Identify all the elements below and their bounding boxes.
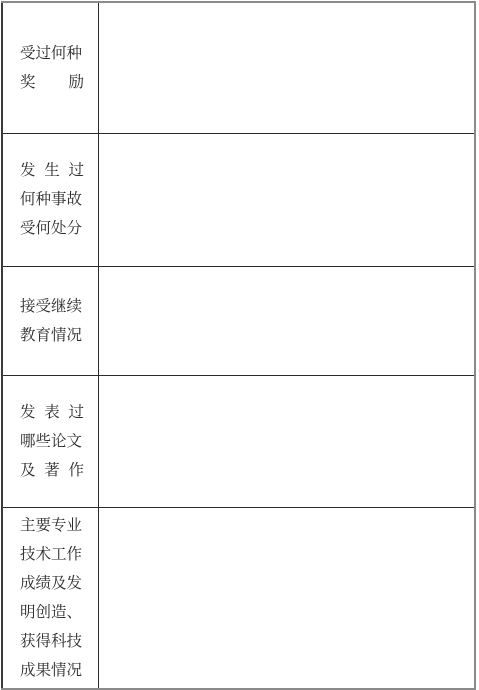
- continuing-education-label: 接受继续 教育情况: [20, 292, 84, 350]
- label-line: 教育情况: [20, 321, 84, 350]
- label-line: 何种事故: [20, 185, 84, 214]
- label-line: 及著作: [20, 456, 84, 485]
- awards-value-field[interactable]: [98, 2, 475, 133]
- awards-label: 受过何种 奖励: [20, 39, 84, 97]
- label-char: 作: [68, 456, 84, 485]
- publications-label-cell: 发表过 哪些论文 及著作: [2, 375, 98, 507]
- label-char: 表: [44, 398, 60, 427]
- label-line: 接受继续: [20, 292, 84, 321]
- achievements-label: 主要专业 技术工作 成绩及发 明创造、 获得科技 成果情况: [20, 511, 84, 685]
- accidents-penalties-value-field[interactable]: [98, 133, 475, 266]
- achievements-value-field[interactable]: [98, 507, 475, 689]
- label-line: 获得科技: [20, 627, 84, 656]
- form-row-publications: 发表过 哪些论文 及著作: [2, 375, 475, 507]
- label-line: 明创造、: [20, 598, 84, 627]
- label-char: 生: [44, 156, 60, 185]
- label-char: 励: [68, 68, 84, 97]
- publications-label: 发表过 哪些论文 及著作: [20, 398, 84, 485]
- continuing-education-label-cell: 接受继续 教育情况: [2, 266, 98, 375]
- continuing-education-value-field[interactable]: [98, 266, 475, 375]
- form-row-continuing-education: 接受继续 教育情况: [2, 266, 475, 375]
- label-char: 过: [68, 156, 84, 185]
- label-char: 发: [20, 398, 36, 427]
- label-line: 奖励: [20, 68, 84, 97]
- label-line: 发生过: [20, 156, 84, 185]
- publications-value-field[interactable]: [98, 375, 475, 507]
- label-line: 发表过: [20, 398, 84, 427]
- label-line: 受过何种: [20, 39, 84, 68]
- achievements-label-cell: 主要专业 技术工作 成绩及发 明创造、 获得科技 成果情况: [2, 507, 98, 689]
- label-line: 主要专业: [20, 511, 84, 540]
- form-row-accidents-penalties: 发生过 何种事故 受何处分: [2, 133, 475, 266]
- label-char: 发: [20, 156, 36, 185]
- label-char: 及: [20, 456, 36, 485]
- form-row-achievements: 主要专业 技术工作 成绩及发 明创造、 获得科技 成果情况: [2, 507, 475, 689]
- label-line: 哪些论文: [20, 427, 84, 456]
- label-char: 奖: [20, 68, 36, 97]
- label-char: 著: [44, 456, 60, 485]
- accidents-penalties-label: 发生过 何种事故 受何处分: [20, 156, 84, 243]
- label-line: 成绩及发: [20, 569, 84, 598]
- personnel-form-table: 受过何种 奖励 发生过 何种事故 受何处分: [1, 1, 476, 690]
- form-row-awards: 受过何种 奖励: [2, 2, 475, 133]
- label-char: 过: [68, 398, 84, 427]
- awards-label-cell: 受过何种 奖励: [2, 2, 98, 133]
- label-line: 技术工作: [20, 540, 84, 569]
- label-line: 受何处分: [20, 214, 84, 243]
- accidents-penalties-label-cell: 发生过 何种事故 受何处分: [2, 133, 98, 266]
- label-line: 成果情况: [20, 656, 84, 685]
